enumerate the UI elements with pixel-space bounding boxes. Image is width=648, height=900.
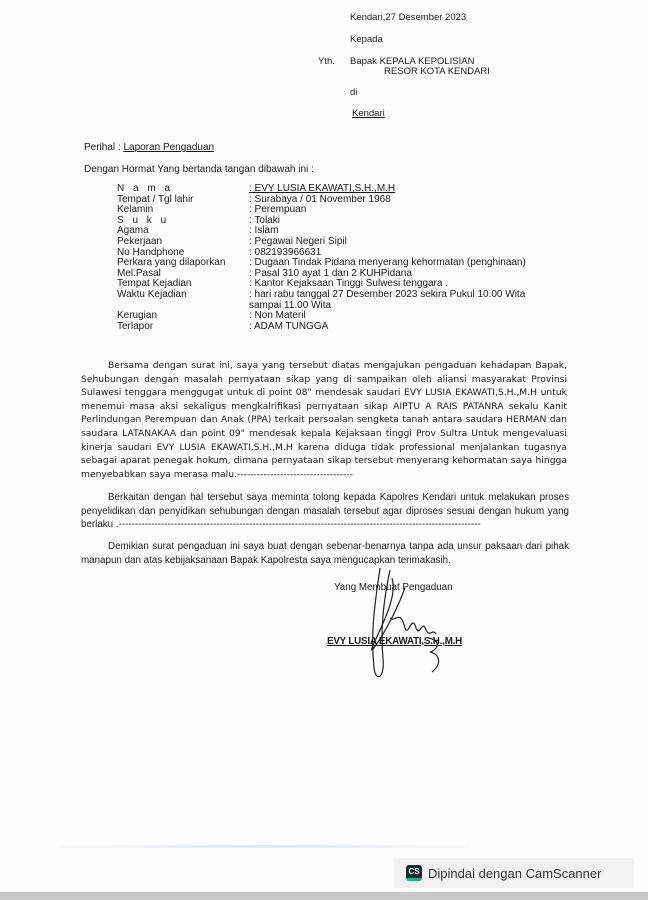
handwritten-signature [350, 568, 460, 688]
camscanner-watermark: CS Dipindai dengan CamScanner [394, 858, 634, 888]
scanned-page: Kendari,27 Desember 2023 Kepada Yth. Bap… [0, 0, 648, 892]
field-row: Kelamin: Perempuan [117, 205, 526, 216]
scan-artifact [60, 845, 470, 848]
bottom-edge-bar [0, 892, 648, 900]
field-row: S u k u: Tolaki [117, 216, 526, 227]
field-row: Pekerjaan: Pegawai Negeri Sipil [117, 237, 526, 248]
recipient-city: Kendari [352, 108, 385, 119]
paragraph-closing: Demikian surat pengaduan ini saya buat d… [81, 540, 569, 567]
yth-label: Yth. [318, 56, 335, 67]
intro-line: Dengan Hormat Yang bertanda tangan dibaw… [84, 164, 314, 175]
paragraph-request-text: Berkaitan dengan hal tersebut saya memin… [81, 492, 569, 530]
field-row: Tempat / Tgl lahir: Surabaya / 01 Novemb… [117, 195, 526, 206]
perihal: Perihal : Laporan Pengaduan [84, 142, 214, 153]
field-value: : ADAM TUNGGA [249, 322, 328, 333]
field-value: : hari rabu tanggal 27 Desember 2023 sek… [249, 290, 525, 301]
field-row: sampai 11.00 Wita [117, 301, 526, 312]
perihal-label: Perihal : [84, 142, 121, 153]
recipient-line-2: RESOR KOTA KENDARI [384, 66, 490, 77]
kepada-label: Kepada [350, 34, 383, 45]
paragraph-complaint-text: Bersama dengan surat ini, saya yang ters… [81, 360, 567, 480]
paragraph-request: Berkaitan dengan hal tersebut saya memin… [81, 491, 569, 532]
field-label: N a m a [117, 184, 249, 195]
perihal-value: Laporan Pengaduan [123, 142, 214, 153]
field-label: Pekerjaan [117, 237, 249, 248]
field-label: Waktu Kejadian [117, 290, 249, 301]
field-value: : Pegawai Negeri Sipil [249, 237, 347, 248]
field-label: Terlapor [117, 322, 249, 333]
camscanner-text: Dipindai dengan CamScanner [428, 866, 601, 881]
field-value: : EVY LUSIA EKAWATI,S.H.,M.H [249, 184, 395, 195]
field-row: Terlapor: ADAM TUNGGA [117, 322, 526, 333]
field-row: N a m a: EVY LUSIA EKAWATI,S.H.,M.H [117, 184, 526, 195]
complainant-fields: N a m a: EVY LUSIA EKAWATI,S.H.,M.H Temp… [117, 184, 526, 332]
signatory-name: EVY LUSIA EKAWATI,S.H.,M.H [327, 636, 462, 647]
date-line: Kendari,27 Desember 2023 [350, 12, 466, 23]
paragraph-closing-text: Demikian surat pengaduan ini saya buat d… [81, 541, 569, 566]
di-label: di [350, 87, 357, 98]
camscanner-logo-icon: CS [406, 865, 422, 881]
field-row: Waktu Kejadian: hari rabu tanggal 27 Des… [117, 290, 526, 301]
paragraph-complaint: Bersama dengan surat ini, saya yang ters… [81, 359, 567, 481]
